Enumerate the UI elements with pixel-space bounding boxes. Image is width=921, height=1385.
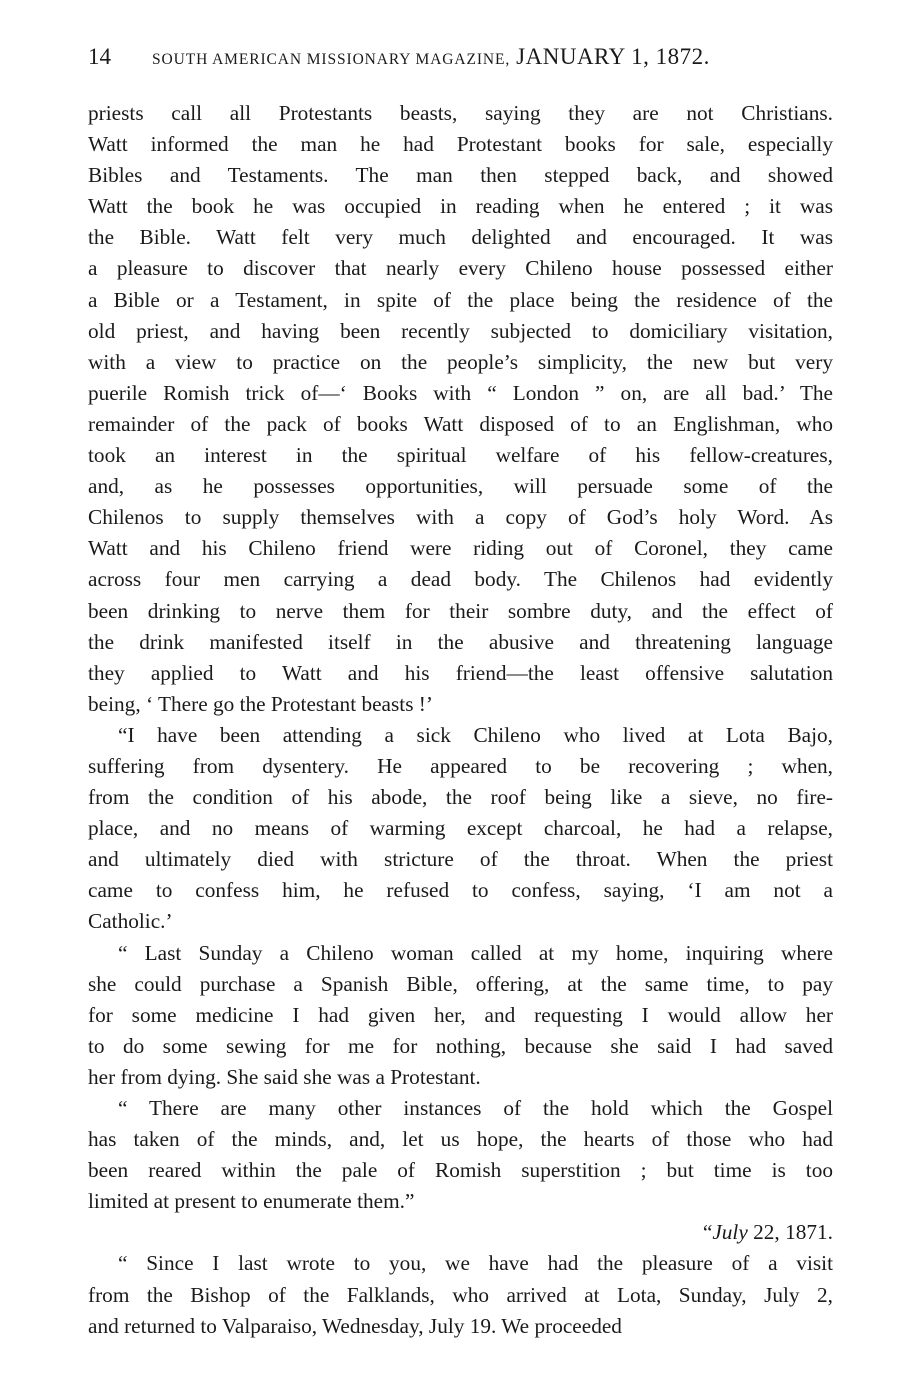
running-header: 14 SOUTH AMERICAN MISSIONARY MAGAZINE, J…	[88, 44, 833, 78]
running-title: SOUTH AMERICAN MISSIONARY MAGAZINE,	[152, 51, 510, 69]
text-line: priests call all Protestants beasts, say…	[88, 98, 833, 129]
text-line: limited at present to enumerate them.”	[88, 1186, 833, 1217]
text-line: to do some sewing for me for nothing, be…	[88, 1031, 833, 1062]
text-line: old priest, and having been recently sub…	[88, 316, 833, 347]
text-line: a pleasure to discover that nearly every…	[88, 253, 833, 284]
text-line: the Bible. Watt felt very much delighted…	[88, 222, 833, 253]
text-line: “ There are many other instances of the …	[88, 1093, 833, 1124]
text-line: has taken of the minds, and, let us hope…	[88, 1124, 833, 1155]
text-line: from the condition of his abode, the roo…	[88, 782, 833, 813]
text-line: Watt informed the man he had Protestant …	[88, 129, 833, 160]
letter-dateline: “July 22, 1871.	[88, 1217, 833, 1248]
paragraph: priests call all Protestants beasts, say…	[88, 98, 833, 720]
dateline-rest: 22, 1871.	[748, 1220, 833, 1244]
text-line: been drinking to nerve them for their so…	[88, 596, 833, 627]
text-line: place, and no means of warming except ch…	[88, 813, 833, 844]
text-line: “I have been attending a sick Chileno wh…	[88, 720, 833, 751]
text-line: Watt the book he was occupied in reading…	[88, 191, 833, 222]
text-line: from the Bishop of the Falklands, who ar…	[88, 1280, 833, 1311]
text-line: been reared within the pale of Romish su…	[88, 1155, 833, 1186]
text-line: the drink manifested itself in the abusi…	[88, 627, 833, 658]
text-line: with a view to practice on the people’s …	[88, 347, 833, 378]
text-line: they applied to Watt and his friend—the …	[88, 658, 833, 689]
text-line: remainder of the pack of books Watt disp…	[88, 409, 833, 440]
article-body: priests call all Protestants beasts, say…	[88, 98, 833, 1342]
text-line: and returned to Valparaiso, Wednesday, J…	[88, 1311, 833, 1342]
open-quote: “	[703, 1220, 712, 1244]
text-line: took an interest in the spiritual welfar…	[88, 440, 833, 471]
text-line: across four men carrying a dead body. Th…	[88, 564, 833, 595]
text-line: Watt and his Chileno friend were riding …	[88, 533, 833, 564]
magazine-page: 14 SOUTH AMERICAN MISSIONARY MAGAZINE, J…	[88, 44, 833, 1342]
text-line: suffering from dysentery. He appeared to…	[88, 751, 833, 782]
text-line: her from dying. She said she was a Prote…	[88, 1062, 833, 1093]
text-line: Bibles and Testaments. The man then step…	[88, 160, 833, 191]
text-line: “ Since I last wrote to you, we have had…	[88, 1248, 833, 1279]
text-line: for some medicine I had given her, and r…	[88, 1000, 833, 1031]
paragraph: “ Last Sunday a Chileno woman called at …	[88, 938, 833, 1093]
paragraph: “ There are many other instances of the …	[88, 1093, 833, 1217]
text-line: she could purchase a Spanish Bible, offe…	[88, 969, 833, 1000]
text-line: Catholic.’	[88, 906, 833, 937]
text-line: and ultimately died with stricture of th…	[88, 844, 833, 875]
text-line: being, ‘ There go the Protestant beasts …	[88, 689, 833, 720]
text-line: a Bible or a Testament, in spite of the …	[88, 285, 833, 316]
text-line: Chilenos to supply themselves with a cop…	[88, 502, 833, 533]
paragraph: “I have been attending a sick Chileno wh…	[88, 720, 833, 938]
running-date: JANUARY 1, 1872.	[516, 44, 710, 70]
page-number: 14	[88, 44, 152, 70]
text-line: “ Last Sunday a Chileno woman called at …	[88, 938, 833, 969]
text-line: puerile Romish trick of—‘ Books with “ L…	[88, 378, 833, 409]
text-line: and, as he possesses opportunities, will…	[88, 471, 833, 502]
dateline-month: July	[712, 1220, 747, 1244]
paragraph: “ Since I last wrote to you, we have had…	[88, 1248, 833, 1341]
text-line: came to confess him, he refused to confe…	[88, 875, 833, 906]
